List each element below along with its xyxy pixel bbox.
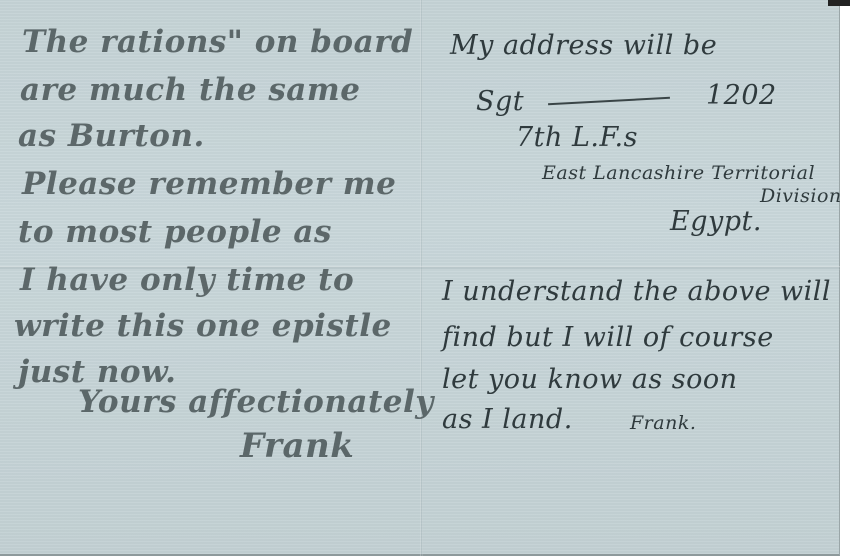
letter-line: to most people as — [18, 214, 332, 250]
address-country: Egypt. — [670, 206, 762, 237]
letter-line: I have only time to — [20, 262, 354, 298]
letter-line: are much the same — [20, 72, 360, 108]
closing-line: Yours affectionately — [78, 384, 434, 420]
signature: Frank. — [630, 412, 696, 434]
address-rank: Sgt — [476, 86, 524, 117]
scan-edge-shadow — [828, 0, 850, 6]
letter-line: as Burton. — [18, 118, 205, 154]
address-intro: My address will be — [450, 30, 717, 61]
signature: Frank — [240, 426, 354, 466]
left-page: The rations" on board are much the same … — [0, 0, 420, 556]
vertical-fold-crease — [420, 0, 423, 556]
letter-line: The rations" on board — [22, 24, 413, 60]
letter-line: let you know as soon — [442, 364, 738, 395]
letter-line: find but I will of course — [442, 322, 774, 353]
letter-line: Please remember me — [22, 166, 396, 202]
letter-line: I understand the above will — [442, 276, 831, 307]
letter-line: write this one epistle — [14, 308, 392, 344]
right-page: My address will be Sgt 1202 7th L.F.s Ea… — [424, 0, 840, 556]
blank-name-line — [548, 97, 670, 105]
letter-paper: The rations" on board are much the same … — [0, 0, 840, 556]
service-number: 1202 — [706, 80, 777, 111]
letter-line: as I land. — [442, 404, 573, 435]
address-division: East Lancashire Territorial — [542, 162, 815, 184]
address-unit: 7th L.F.s — [516, 122, 638, 153]
address-division-cont: Division — [760, 185, 842, 207]
